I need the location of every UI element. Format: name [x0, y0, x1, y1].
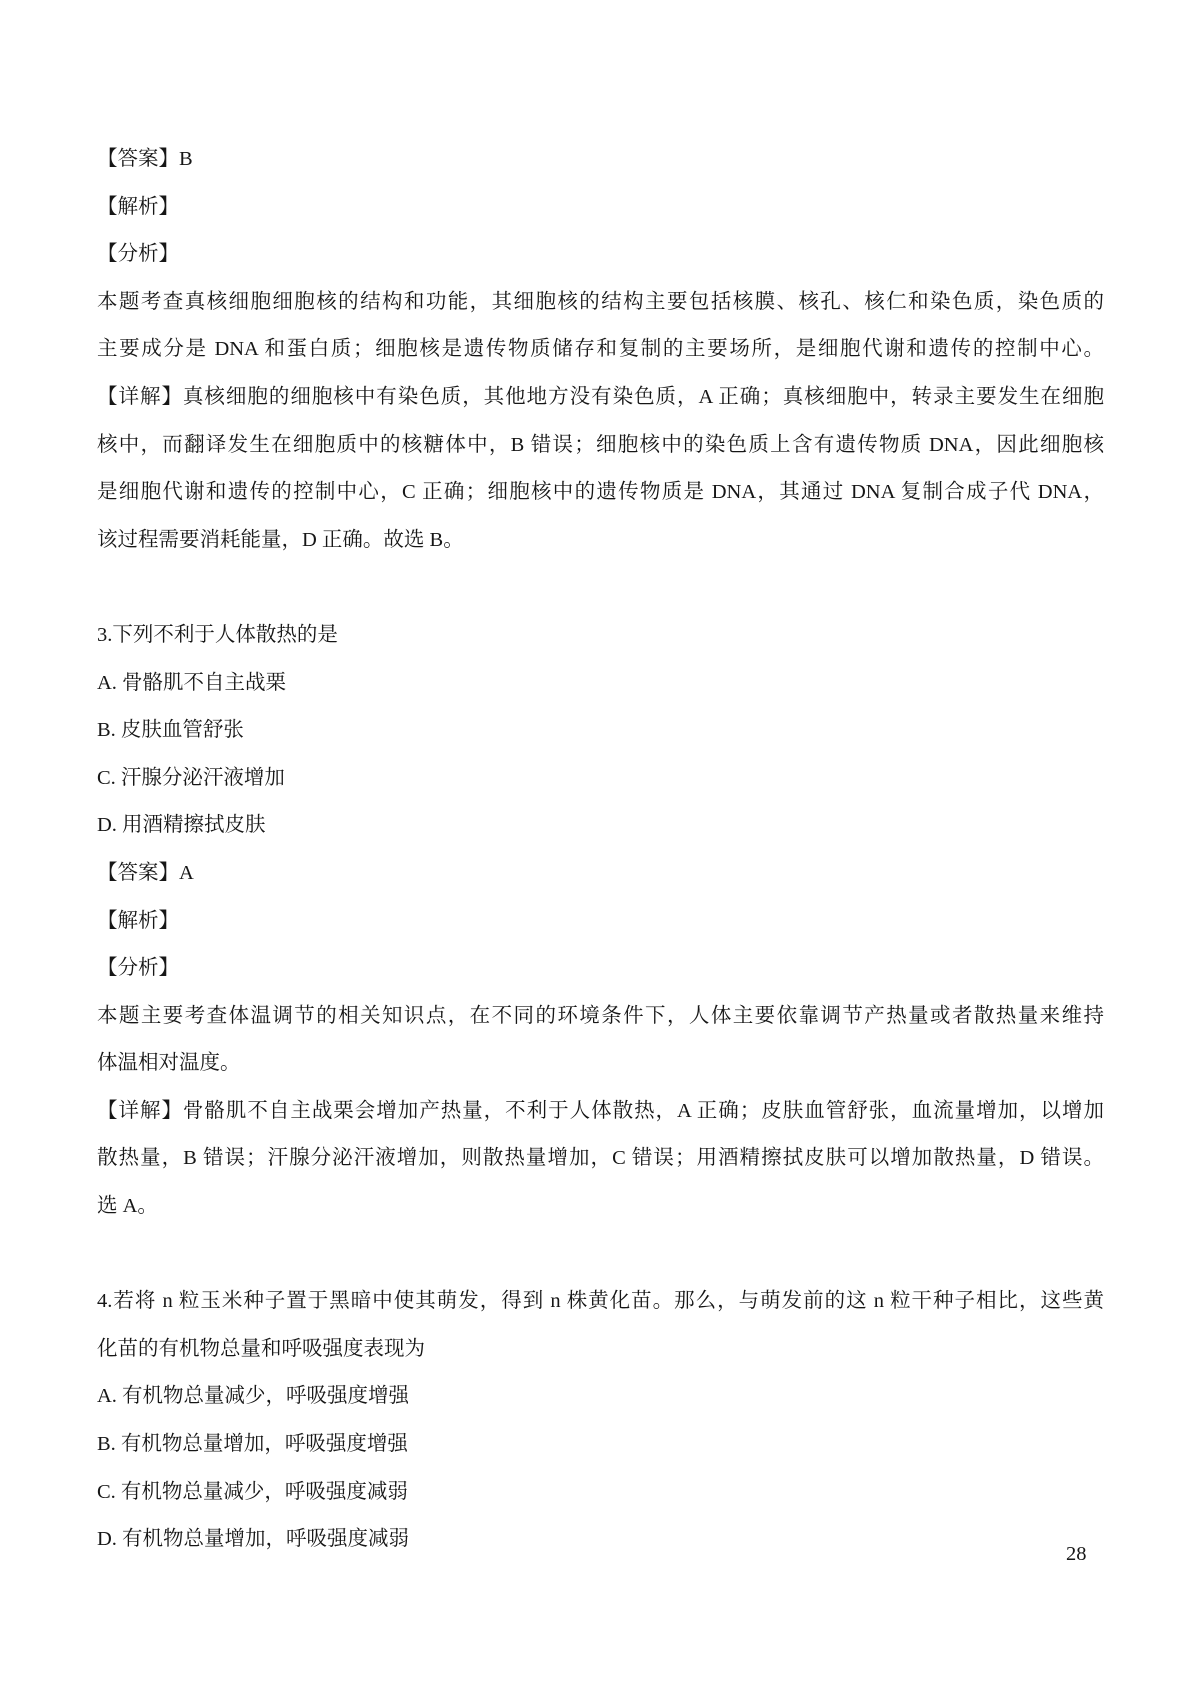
q2-xiangjie-line-4: 该过程需要消耗能量，D 正确。故选 B。 — [97, 517, 1104, 565]
q3-option-a: A. 骨骼肌不自主战栗 — [97, 660, 1104, 708]
q4-stem-line-2: 化苗的有机物总量和呼吸强度表现为 — [97, 1326, 1104, 1374]
q2-xiangjie-line-1: 【详解】真核细胞的细胞核中有染色质，其他地方没有染色质，A 正确；真核细胞中，转… — [97, 374, 1104, 422]
q2-xiangjie-line-2: 核中，而翻译发生在细胞质中的核糖体中，B 错误；细胞核中的染色质上含有遗传物质 … — [97, 422, 1104, 470]
q4-option-b: B. 有机物总量增加，呼吸强度增强 — [97, 1421, 1104, 1469]
q3-xiangjie-line-3: 选 A。 — [97, 1183, 1104, 1231]
q3-fenxi-label: 【分析】 — [97, 945, 1104, 993]
exam-document-page: 【答案】B【解析】【分析】本题考查真核细胞细胞核的结构和功能，其细胞核的结构主要… — [0, 0, 1200, 1698]
q2-answer-line: 【答案】B — [97, 136, 1104, 184]
q3-answer-line: 【答案】A — [97, 850, 1104, 898]
q3-jiexi-label: 【解析】 — [97, 898, 1104, 946]
q3-option-b: B. 皮肤血管舒张 — [97, 707, 1104, 755]
q3-stem: 3.下列不利于人体散热的是 — [97, 612, 1104, 660]
q4-option-c: C. 有机物总量减少，呼吸强度减弱 — [97, 1469, 1104, 1517]
q2-fenxi-label: 【分析】 — [97, 231, 1104, 279]
q4-option-a: A. 有机物总量减少，呼吸强度增强 — [97, 1373, 1104, 1421]
q2-fenxi-line-2: 主要成分是 DNA 和蛋白质；细胞核是遗传物质储存和复制的主要场所，是细胞代谢和… — [97, 326, 1104, 374]
q3-xiangjie-line-1: 【详解】骨骼肌不自主战栗会增加产热量，不利于人体散热，A 正确；皮肤血管舒张，血… — [97, 1088, 1104, 1136]
q3-option-d: D. 用酒精擦拭皮肤 — [97, 802, 1104, 850]
document-body: 【答案】B【解析】【分析】本题考查真核细胞细胞核的结构和功能，其细胞核的结构主要… — [97, 136, 1104, 1564]
q3-option-c: C. 汗腺分泌汗液增加 — [97, 755, 1104, 803]
q3-fenxi-line-1: 本题主要考查体温调节的相关知识点，在不同的环境条件下，人体主要依靠调节产热量或者… — [97, 993, 1104, 1041]
q4-option-d: D. 有机物总量增加，呼吸强度减弱 — [97, 1516, 1104, 1564]
q3-fenxi-line-2: 体温相对温度。 — [97, 1040, 1104, 1088]
q2-fenxi-line-1: 本题考查真核细胞细胞核的结构和功能，其细胞核的结构主要包括核膜、核孔、核仁和染色… — [97, 279, 1104, 327]
page-number: 28 — [1066, 1534, 1087, 1574]
spacer — [97, 564, 1104, 612]
q4-stem-line-1: 4.若将 n 粒玉米种子置于黑暗中使其萌发，得到 n 株黄化苗。那么，与萌发前的… — [97, 1278, 1104, 1326]
q2-xiangjie-line-3: 是细胞代谢和遗传的控制中心，C 正确；细胞核中的遗传物质是 DNA，其通过 DN… — [97, 469, 1104, 517]
q2-jiexi-label: 【解析】 — [97, 184, 1104, 232]
spacer — [97, 1231, 1104, 1279]
q3-xiangjie-line-2: 散热量，B 错误；汗腺分泌汗液增加，则散热量增加，C 错误；用酒精擦拭皮肤可以增… — [97, 1135, 1104, 1183]
